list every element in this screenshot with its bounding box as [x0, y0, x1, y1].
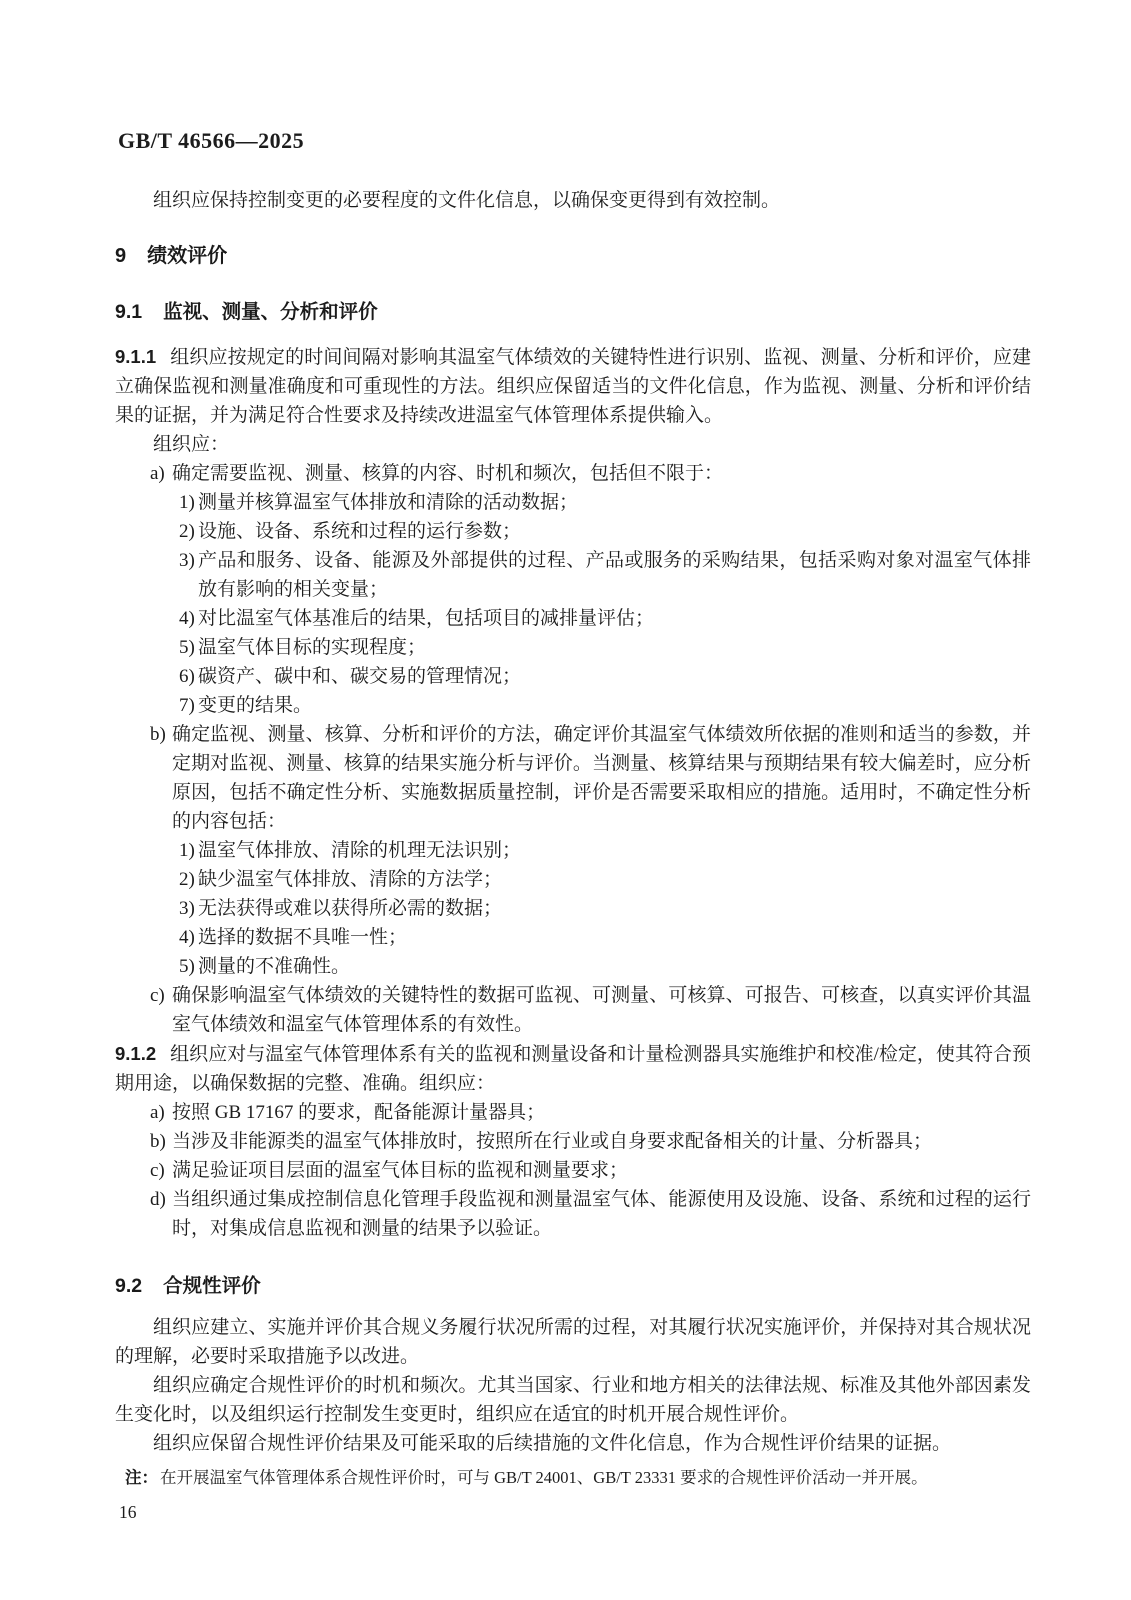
note-label: 注： — [125, 1469, 158, 1487]
list-item-d: d) 当组织通过集成控制信息化管理手段监视和测量温室气体、能源使用及设施、设备、… — [150, 1185, 1031, 1243]
sublist-item-2: 2) 设施、设备、系统和过程的运行参数； — [179, 517, 1031, 546]
sublist-item-label: 1) — [179, 488, 198, 517]
sublist-item-4: 4) 对比温室气体基准后的结果，包括项目的减排量评估； — [179, 604, 1031, 633]
clause-text: 组织应按规定的时间间隔对影响其温室气体绩效的关键特性进行识别、监视、测量、分析和… — [115, 347, 1031, 426]
sublist-item-7: 7) 变更的结果。 — [179, 691, 1031, 720]
section-number: 9.2 — [115, 1275, 142, 1297]
section-title: 合规性评价 — [163, 1275, 261, 1297]
sublist-item-text: 对比温室气体基准后的结果，包括项目的减排量评估； — [198, 604, 1031, 633]
note-text: 在开展温室气体管理体系合规性评价时，可与 GB/T 24001、GB/T 233… — [160, 1468, 928, 1487]
clause-text: 组织应对与温室气体管理体系有关的监视和测量设备和计量检测器具实施维护和校准/检定… — [115, 1044, 1031, 1094]
list-item-label: a) — [150, 459, 172, 488]
section-9-2-body: 组织应建立、实施并评价其合规义务履行状况所需的过程，对其履行状况实施评价，并保持… — [115, 1313, 1031, 1458]
sublist-item-text: 选择的数据不具唯一性； — [198, 923, 1031, 952]
paragraph: 组织应确定合规性评价的时机和频次。尤其当国家、行业和地方相关的法律法规、标准及其… — [115, 1371, 1031, 1429]
sublist-item-text: 碳资产、碳中和、碳交易的管理情况； — [198, 662, 1031, 691]
standard-number-header: GB/T 46566—2025 — [118, 130, 1031, 152]
list-item-text: 确定需要监视、测量、核算的内容、时机和频次，包括但不限于： — [172, 459, 1031, 488]
clause-9-1-1-paragraph: 9.1.1组织应按规定的时间间隔对影响其温室气体绩效的关键特性进行识别、监视、测… — [115, 342, 1031, 430]
list-item-label: a) — [150, 1098, 172, 1127]
sublist-item-4: 4) 选择的数据不具唯一性； — [179, 923, 1031, 952]
sublist-item-1: 1) 测量并核算温室气体排放和清除的活动数据； — [179, 488, 1031, 517]
sublist-item-1: 1) 温室气体排放、清除的机理无法识别； — [179, 836, 1031, 865]
list-item-b: b) 确定监视、测量、核算、分析和评价的方法，确定评价其温室气体绩效所依据的准则… — [150, 720, 1031, 836]
section-title: 监视、测量、分析和评价 — [163, 301, 378, 323]
sublist-item-label: 5) — [179, 633, 198, 662]
sublist-item-text: 温室气体目标的实现程度； — [198, 633, 1031, 662]
sublist-item-5: 5) 测量的不准确性。 — [179, 952, 1031, 981]
sublist-item-text: 无法获得或难以获得所必需的数据； — [198, 894, 1031, 923]
list-item-text: 当涉及非能源类的温室气体排放时，按照所在行业或自身要求配备相关的计量、分析器具； — [172, 1127, 1031, 1156]
list-item-a: a) 确定需要监视、测量、核算的内容、时机和频次，包括但不限于： — [150, 459, 1031, 488]
list-item-b: b) 当涉及非能源类的温室气体排放时，按照所在行业或自身要求配备相关的计量、分析… — [150, 1127, 1031, 1156]
section-heading-9-2: 9.2合规性评价 — [115, 1273, 1031, 1299]
page-number: 16 — [119, 1502, 1031, 1522]
paragraph: 组织应保留合规性评价结果及可能采取的后续措施的文件化信息，作为合规性评价结果的证… — [115, 1429, 1031, 1458]
intro-paragraph: 组织应保持控制变更的必要程度的文件化信息，以确保变更得到有效控制。 — [115, 186, 1031, 215]
clause-number: 9.1.1 — [115, 346, 156, 367]
sublist-item-2: 2) 缺少温室气体排放、清除的方法学； — [179, 865, 1031, 894]
sublist-item-label: 2) — [179, 865, 198, 894]
sublist-item-label: 3) — [179, 546, 198, 604]
list-item-c: c) 确保影响温室气体绩效的关键特性的数据可监视、可测量、可核算、可报告、可核查… — [150, 981, 1031, 1039]
sublist-item-3: 3) 无法获得或难以获得所必需的数据； — [179, 894, 1031, 923]
sublist-item-label: 5) — [179, 952, 198, 981]
sublist-item-label: 4) — [179, 604, 198, 633]
list-item-text: 满足验证项目层面的温室气体目标的监视和测量要求； — [172, 1156, 1031, 1185]
clause-9-1-1-lead: 组织应： — [115, 430, 1031, 459]
sublist-item-text: 测量并核算温室气体排放和清除的活动数据； — [198, 488, 1031, 517]
sublist-item-label: 4) — [179, 923, 198, 952]
list-item-c: c) 满足验证项目层面的温室气体目标的监视和测量要求； — [150, 1156, 1031, 1185]
sublist-item-text: 温室气体排放、清除的机理无法识别； — [198, 836, 1031, 865]
clause-9-1-2-paragraph: 9.1.2组织应对与温室气体管理体系有关的监视和测量设备和计量检测器具实施维护和… — [115, 1039, 1031, 1098]
sublist-item-text: 缺少温室气体排放、清除的方法学； — [198, 865, 1031, 894]
list-item-text: 按照 GB 17167 的要求，配备能源计量器具； — [172, 1098, 1031, 1127]
sublist-item-text: 设施、设备、系统和过程的运行参数； — [198, 517, 1031, 546]
sublist-item-label: 3) — [179, 894, 198, 923]
list-item-label: b) — [150, 1127, 172, 1156]
sublist-item-label: 2) — [179, 517, 198, 546]
sublist-item-5: 5) 温室气体目标的实现程度； — [179, 633, 1031, 662]
list-item-label: c) — [150, 981, 172, 1039]
sublist-item-text: 变更的结果。 — [198, 691, 1031, 720]
list-item-text: 确定监视、测量、核算、分析和评价的方法，确定评价其温室气体绩效所依据的准则和适当… — [172, 720, 1031, 836]
paragraph: 组织应建立、实施并评价其合规义务履行状况所需的过程，对其履行状况实施评价，并保持… — [115, 1313, 1031, 1371]
sublist-item-label: 1) — [179, 836, 198, 865]
note: 注：在开展温室气体管理体系合规性评价时，可与 GB/T 24001、GB/T 2… — [125, 1466, 1031, 1490]
chapter-title: 绩效评价 — [147, 245, 227, 267]
sublist-item-label: 6) — [179, 662, 198, 691]
list-item-label: b) — [150, 720, 172, 836]
chapter-heading-9: 9绩效评价 — [115, 243, 1031, 269]
list-item-a: a) 按照 GB 17167 的要求，配备能源计量器具； — [150, 1098, 1031, 1127]
sublist-item-text: 测量的不准确性。 — [198, 952, 1031, 981]
sublist-item-3: 3) 产品和服务、设备、能源及外部提供的过程、产品或服务的采购结果，包括采购对象… — [179, 546, 1031, 604]
sublist-item-6: 6) 碳资产、碳中和、碳交易的管理情况； — [179, 662, 1031, 691]
sublist-item-text: 产品和服务、设备、能源及外部提供的过程、产品或服务的采购结果，包括采购对象对温室… — [198, 546, 1031, 604]
list-item-label: c) — [150, 1156, 172, 1185]
list-item-label: d) — [150, 1185, 172, 1243]
clause-number: 9.1.2 — [115, 1043, 156, 1064]
section-number: 9.1 — [115, 301, 142, 323]
chapter-number: 9 — [115, 245, 126, 267]
list-item-text: 当组织通过集成控制信息化管理手段监视和测量温室气体、能源使用及设施、设备、系统和… — [172, 1185, 1031, 1243]
sublist-item-label: 7) — [179, 691, 198, 720]
list-item-text: 确保影响温室气体绩效的关键特性的数据可监视、可测量、可核算、可报告、可核查，以真… — [172, 981, 1031, 1039]
section-heading-9-1: 9.1监视、测量、分析和评价 — [115, 299, 1031, 325]
document-page: GB/T 46566—2025 组织应保持控制变更的必要程度的文件化信息，以确保… — [0, 0, 1131, 1600]
